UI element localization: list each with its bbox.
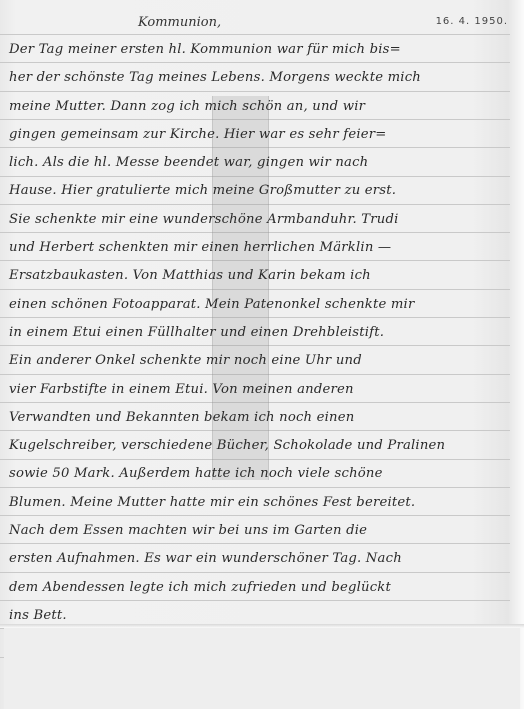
document-title: Kommunion,	[138, 15, 221, 30]
handwritten-text: Der Tag meiner ersten hl. Kommunion war …	[9, 36, 519, 630]
document-date: 16. 4. 1950.	[436, 16, 508, 27]
text-line: Verwandten und Bekannten bekam ich noch …	[9, 404, 519, 432]
text-line: her der schönste Tag meines Lebens. Morg…	[9, 64, 519, 92]
text-line: in einem Etui einen Füllhalter und einen…	[9, 319, 519, 347]
text-line: dem Abendessen legte ich mich zufrieden …	[9, 574, 519, 602]
text-line: Ersatzbaukasten. Von Matthias und Karin …	[9, 262, 519, 290]
text-line: ersten Aufnahmen. Es war ein wunderschön…	[9, 545, 519, 573]
text-line: und Herbert schenkten mir einen herrlich…	[9, 234, 519, 262]
ruled-line	[0, 34, 510, 35]
text-line: einen schönen Fotoapparat. Mein Patenonk…	[9, 291, 519, 319]
text-line: lich. Als die hl. Messe beendet war, gin…	[9, 149, 519, 177]
text-line: gingen gemeinsam zur Kirche. Hier war es…	[9, 121, 519, 149]
text-line: ins Bett.	[9, 602, 519, 630]
handwritten-page: Kommunion, 16. 4. 1950. Der Tag meiner e…	[0, 0, 524, 709]
text-line: Hause. Hier gratulierte mich meine Großm…	[9, 177, 519, 205]
text-line: vier Farbstifte in einem Etui. Von meine…	[9, 376, 519, 404]
text-line: Der Tag meiner ersten hl. Kommunion war …	[9, 36, 519, 64]
text-line: Blumen. Meine Mutter hatte mir ein schön…	[9, 489, 519, 517]
text-line: meine Mutter. Dann zog ich mich schön an…	[9, 93, 519, 121]
text-line: Kugelschreiber, verschiedene Bücher, Sch…	[9, 432, 519, 460]
text-line: Nach dem Essen machten wir bei uns im Ga…	[9, 517, 519, 545]
text-line: Ein anderer Onkel schenkte mir noch eine…	[9, 347, 519, 375]
text-line: Sie schenkte mir eine wunderschöne Armba…	[9, 206, 519, 234]
lower-sheet	[4, 628, 520, 709]
text-line: sowie 50 Mark. Außerdem hatte ich noch v…	[9, 460, 519, 488]
